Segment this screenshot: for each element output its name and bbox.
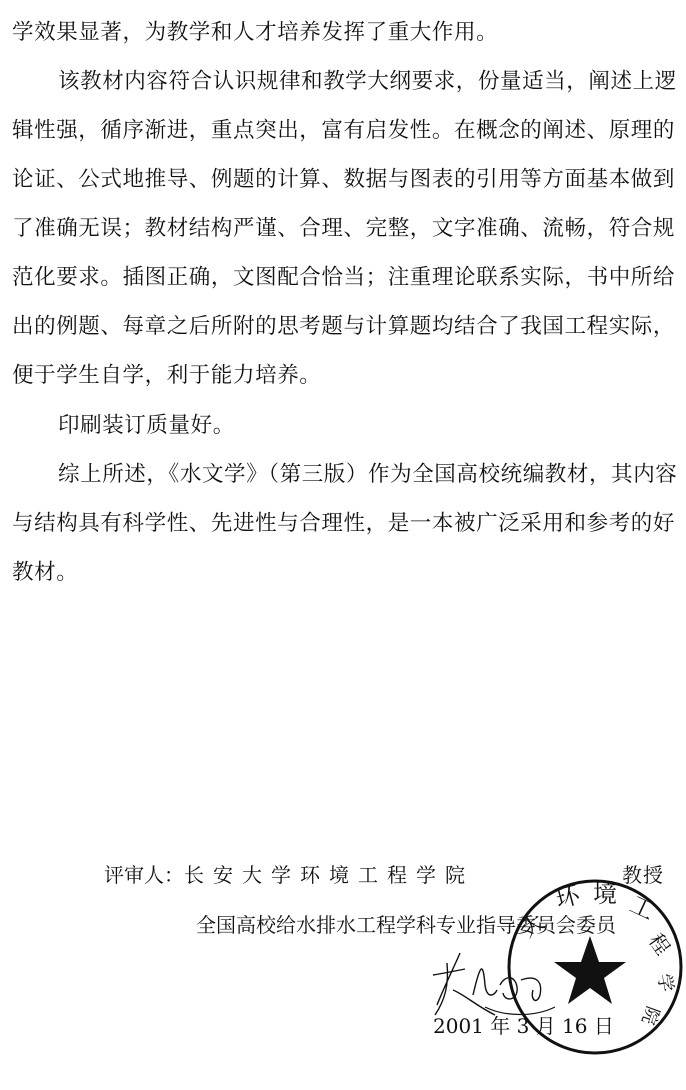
paragraph-line-9: 印刷装订质量好。 bbox=[58, 413, 674, 439]
paragraph-line-1: 学效果显著，为教学和人才培养发挥了重大作用。 bbox=[12, 20, 674, 46]
paragraph-line-3: 辑性强，循序渐进，重点突出，富有启发性。在概念的阐述、原理的 bbox=[12, 118, 674, 144]
paragraph-line-6: 范化要求。插图正确，文图配合恰当；注重理论联系实际，书中所给 bbox=[12, 265, 674, 291]
svg-text:工: 工 bbox=[625, 890, 659, 926]
svg-text:程: 程 bbox=[644, 929, 675, 959]
svg-text:学: 学 bbox=[653, 972, 677, 993]
paragraph-line-4: 论证、公式地推导、例题的计算、数据与图表的引用等方面基本做到 bbox=[12, 167, 674, 193]
document-page: 学效果显著，为教学和人才培养发挥了重大作用。 该教材内容符合认识规律和教学大纲要… bbox=[0, 0, 686, 1090]
paragraph-line-10: 综上所述，《水文学》（第三版）作为全国高校统编教材，其内容 bbox=[58, 462, 674, 488]
reviewer-label: 评审人： bbox=[104, 863, 184, 887]
paragraph-line-12: 教材。 bbox=[12, 560, 674, 586]
reviewer-school: 长安大学环境工程学院 bbox=[184, 863, 474, 887]
svg-text:环: 环 bbox=[552, 880, 583, 914]
paragraph-line-5: 了准确无误；教材结构严谨、合理、完整，文字准确、流畅，符合规 bbox=[12, 216, 674, 242]
paragraph-line-2: 该教材内容符合认识规律和教学大纲要求，份量适当，阐述上逻 bbox=[58, 69, 674, 95]
paragraph-line-11: 与结构具有科学性、先进性与合理性，是一本被广泛采用和参考的好 bbox=[12, 511, 674, 537]
svg-text:大: 大 bbox=[517, 910, 549, 943]
signature-date: 2001 年 3 月 16 日 bbox=[433, 1013, 614, 1039]
svg-text:院: 院 bbox=[637, 1003, 663, 1027]
paragraph-line-8: 便于学生自学，利于能力培养。 bbox=[12, 363, 674, 389]
svg-text:境: 境 bbox=[593, 880, 617, 908]
paragraph-line-7: 出的例题、每章之后所附的思考题与计算题均结合了我国工程实际， bbox=[12, 314, 674, 340]
